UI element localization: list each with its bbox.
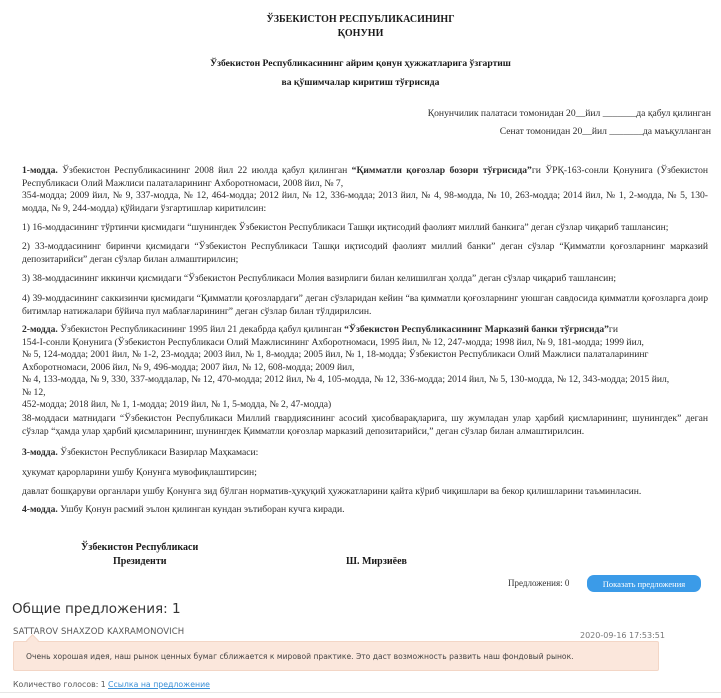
signature-position-2: Президенти [113,556,167,569]
article-1-item: 1) 16-моддасининг тўртинчи қисмидаги “шу… [22,222,708,235]
article-1-item: 4) 39-моддасининг саккизинчи қисмидаги “… [22,293,708,318]
votes-count: Количество голосов: 1 [13,680,106,689]
article-4: 4-модда. Ушбу Қонун расмий эълон қилинга… [22,504,708,517]
approved-line: Сенат томонидан 20__йил _______да маъқул… [500,126,711,139]
article-3-item: давлат бошқаруви органлари ушбу Қонунга … [22,486,708,499]
article-2-body: 38-моддаси матнидаги “Ўзбекистон Республ… [22,413,708,438]
article-1-item: 3) 38-моддасининг иккинчи қисмидаги “Ўзб… [22,273,708,286]
general-proposals-title: Общие предложения: 1 [12,601,181,617]
proposal-date: 2020-09-16 17:53:51 [580,631,665,640]
adopted-line: Қонунчилик палатаси томонидан 20__йил __… [428,108,711,121]
proposals-count: Предложения: 0 [508,578,569,588]
document-title: ЎЗБЕКИСТОН РЕСПУБЛИКАСИНИНГ [0,14,721,27]
signature-name: Ш. Мирзиёев [346,556,407,569]
article-1-item: 2) 33-моддасининг биринчи қисмидаги “Ўзб… [22,241,708,266]
document-title-2: ҚОНУНИ [0,28,721,41]
show-proposals-button[interactable]: Показать предложения [587,575,701,592]
article-2: 2-модда. Ўзбекистон Республикасининг 199… [22,324,708,412]
document-subtitle: Ўзбекистон Республикасининг айрим қонун … [0,58,721,71]
law-name: “Ўзбекистон Республикасининг Марказий ба… [344,324,609,335]
proposal-comment: Очень хорошая идея, наш рынок ценных бум… [13,641,659,671]
divider [0,692,721,693]
article-3: 3-модда. Ўзбекистон Республикаси Вазирла… [22,447,708,460]
law-name: “Қимматли қоғозлар бозори тўғрисида” [352,165,532,176]
proposal-author: SATTAROV SHAXZOD KAXRAMONOVICH [13,627,184,637]
proposal-link[interactable]: Ссылка на предложение [108,680,210,689]
article-3-item: ҳукумат қарорларини ушбу Қонунга мувофиқ… [22,467,708,480]
article-1-label: 1-модда. [22,165,58,176]
article-1: 1-модда. Ўзбекистон Республикасининг 200… [22,165,708,215]
document-subtitle-2: ва қўшимчалар киритиш тўғрисида [0,77,721,90]
proposal-text: Очень хорошая идея, наш рынок ценных бум… [26,652,574,661]
article-2-label: 2-модда. [22,324,58,335]
signature-position: Ўзбекистон Республикаси [81,542,198,555]
